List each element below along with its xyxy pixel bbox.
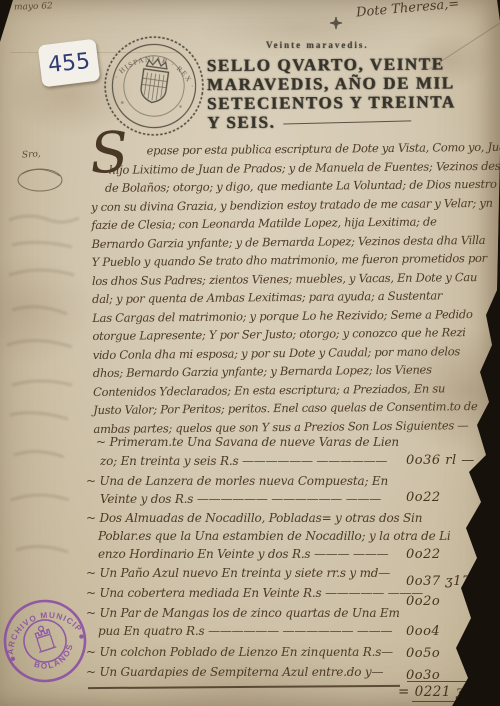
cross-icon xyxy=(329,16,343,30)
item-line: ~ Dos Almuadas de Nocadillo, Pobladas= y… xyxy=(86,509,422,528)
item-line: Veinte y dos R.s —————— —————— ——— xyxy=(100,490,381,509)
archive-number: 455 xyxy=(47,48,91,77)
item-line: ~ Un colchon Poblado de Lienzo En zinque… xyxy=(86,643,393,662)
castle-emblem-icon xyxy=(32,624,57,653)
item-amount: 0o22 xyxy=(406,547,441,562)
margin-notation: Sro, xyxy=(22,149,41,160)
header-line-2: MARAVEDIS, AÑO DE MIL xyxy=(207,73,487,94)
printed-seal-header: SELLO QVARTO, VEINTE MARAVEDIS, AÑO DE M… xyxy=(207,54,488,132)
ink-bleed-through xyxy=(4,205,84,295)
photographed-manuscript: mayo 62 Dote Theresa,= Veinte maravedis.… xyxy=(0,0,500,706)
sum-rule xyxy=(88,685,400,689)
header-flourish-line xyxy=(283,114,411,124)
total-amount: = 0221 ʒ17 = xyxy=(398,684,499,700)
item-line: ~ Primeram.te Una Savana de nueve Varas … xyxy=(96,433,399,452)
header-line-1: SELLO QVARTO, VEINTE xyxy=(207,54,487,75)
item-line: Poblar.es que la Una estambien de Nocadi… xyxy=(98,527,451,546)
margin-rubric-flourish xyxy=(14,160,66,200)
item-line: ~ Un Paño Azul nuevo En treinta y siete … xyxy=(86,564,390,583)
item-line: ~ Un Guardapies de Sempiterna Azul entre… xyxy=(86,663,383,682)
item-amount: 0o37 ʒ17 m.s xyxy=(406,574,500,589)
item-amount: 0oo4 xyxy=(406,624,440,639)
top-right-title-note: Dote Theresa,= xyxy=(356,0,460,20)
item-line: enzo Hordinario En Veinte y dos R.s ——— … xyxy=(98,545,388,564)
archive-number-label: 455 xyxy=(38,39,101,88)
manuscript-body: epase por esta publica escriptura de Dot… xyxy=(90,138,485,438)
item-line: ~ Una de Lanzera de morles nueva Compues… xyxy=(86,472,388,491)
item-line: pua En quatro R.s —————— —————— ——— xyxy=(98,622,392,641)
tax-value-line: Veinte maravedis. xyxy=(266,40,369,50)
total-overline xyxy=(407,681,492,682)
ink-bleed-through xyxy=(6,440,76,580)
ink-bleed-through xyxy=(2,300,82,430)
item-amount: 0o5o xyxy=(406,646,440,661)
item-amount: 0o2o xyxy=(406,594,440,609)
item-line: ~ Una cobertera mediada En Veinte R.s ——… xyxy=(86,584,423,603)
header-line-3: SETECIENTOS Y TREINTA xyxy=(207,92,487,113)
header-line-4: Y SEIS. xyxy=(207,113,275,132)
item-amount: 0o22 xyxy=(406,490,441,505)
top-left-date-note: mayo 62 xyxy=(14,1,53,12)
item-line: ~ Un Par de Mangas los de zinco quartas … xyxy=(86,604,400,623)
manuscript-paper: mayo 62 Dote Theresa,= Veinte maravedis.… xyxy=(0,0,500,706)
archive-municipal-stamp: ARCHIVO MUNICIPAL BOLAÑOS xyxy=(0,587,99,695)
item-amount: 0o36 rl — xyxy=(406,453,475,468)
item-line: zo; En treinta y seis R.s —————— —————— xyxy=(100,452,387,471)
total-underline xyxy=(412,701,495,702)
